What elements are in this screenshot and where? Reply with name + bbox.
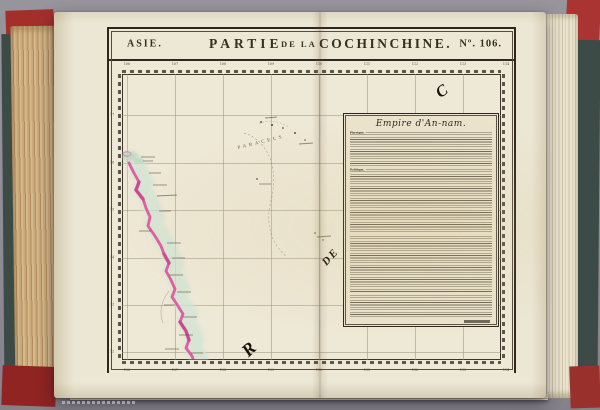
- book-cover-corner-bottom-left: [1, 365, 56, 407]
- text-block-title: Empire d'An-nam.: [350, 119, 492, 129]
- open-map-sheet: ASIE. PARTIE DE LA COCHINCHINE. Nº. 106.: [54, 12, 546, 398]
- photo-of-open-atlas: ASIE. PARTIE DE LA COCHINCHINE. Nº. 106.: [0, 0, 600, 410]
- plate-title-word1: PARTIE: [209, 36, 283, 52]
- text-paragraph: [350, 295, 492, 317]
- text-block-signature: [464, 320, 490, 323]
- watermark-text: [62, 401, 136, 404]
- text-paragraph: [350, 236, 492, 292]
- map-plate: ASIE. PARTIE DE LA COCHINCHINE. Nº. 106.: [107, 27, 516, 373]
- text-paragraph: Politique.: [350, 169, 492, 233]
- text-paragraph: Physique.: [350, 132, 492, 166]
- map-area: 106 107 108 109 110 111 112 113 114 106 …: [109, 61, 514, 373]
- paragraph-lead: Politique.: [350, 168, 365, 171]
- plate-number: Nº. 106.: [459, 39, 502, 50]
- plate-title-band: ASIE. PARTIE DE LA COCHINCHINE. Nº. 106.: [109, 29, 514, 61]
- plate-title-word3: COCHINCHINE.: [319, 36, 452, 52]
- right-page-block-edges: [543, 14, 578, 398]
- description-text-block: Empire d'An-nam. Physique. Politique.: [343, 113, 499, 327]
- plate-region-label: ASIE.: [127, 39, 163, 50]
- plate-title-word2: DE LA: [281, 39, 317, 49]
- paragraph-lead: Physique.: [350, 131, 366, 134]
- book-cover-corner-bottom-right: [569, 365, 600, 408]
